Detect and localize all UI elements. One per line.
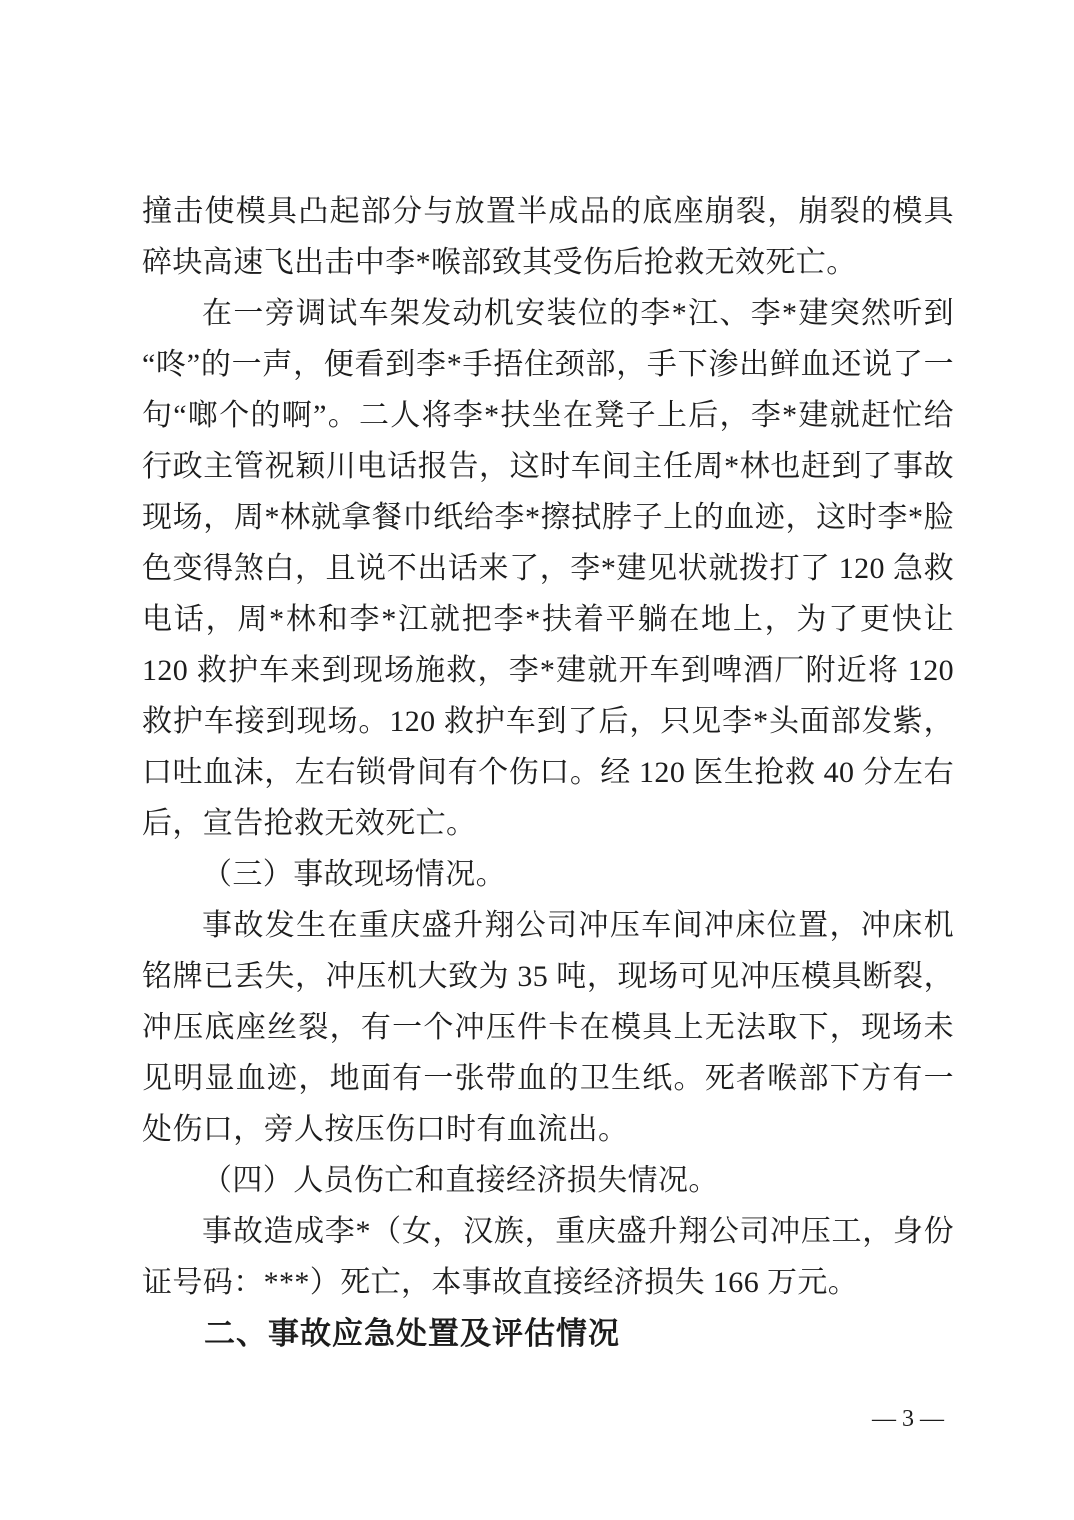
body-paragraph: 事故造成李*（女，汉族，重庆盛升翔公司冲压工，身份证号码：***）死亡，本事故直… (142, 1206, 954, 1308)
body-paragraph: 撞击使模具凸起部分与放置半成品的底座崩裂，崩裂的模具碎块高速飞出击中李*喉部致其… (142, 186, 954, 288)
section-heading: 二、事故应急处置及评估情况 (142, 1308, 954, 1359)
document-page: 撞击使模具凸起部分与放置半成品的底座崩裂，崩裂的模具碎块高速飞出击中李*喉部致其… (0, 0, 1074, 1520)
subsection-heading: （三）事故现场情况。 (142, 849, 954, 900)
body-paragraph: 在一旁调试车架发动机安装位的李*江、李*建突然听到“咚”的一声，便看到李*手捂住… (142, 288, 954, 849)
document-text: 撞击使模具凸起部分与放置半成品的底座崩裂，崩裂的模具碎块高速飞出击中李*喉部致其… (142, 186, 954, 1359)
page-number: — 3 — (872, 1406, 944, 1432)
subsection-heading: （四）人员伤亡和直接经济损失情况。 (142, 1155, 954, 1206)
body-paragraph: 事故发生在重庆盛升翔公司冲压车间冲床位置，冲床机铭牌已丢失，冲压机大致为 35 … (142, 900, 954, 1155)
page-footer: — 3 — (872, 1404, 944, 1434)
